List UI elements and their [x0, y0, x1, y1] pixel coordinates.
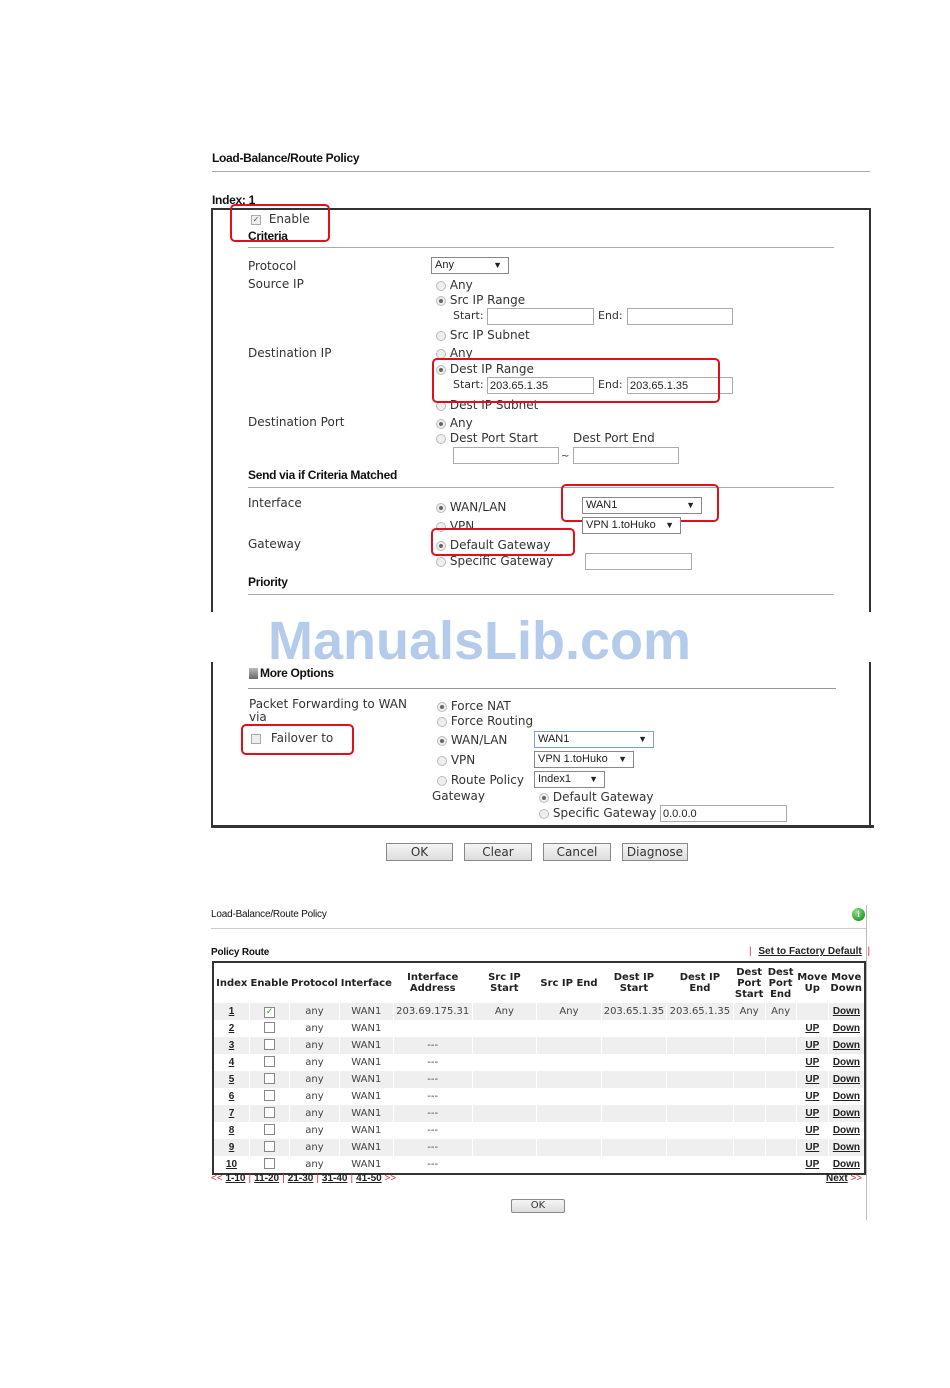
row-index-link[interactable]: 1: [229, 1006, 235, 1017]
route-policy-value: Index1: [538, 773, 571, 785]
page-link-31-40[interactable]: 31-40: [322, 1173, 348, 1184]
src-subnet-option[interactable]: Src IP Subnet: [436, 328, 530, 342]
move-down-link[interactable]: Down: [833, 1074, 860, 1085]
radio-icon[interactable]: [539, 809, 549, 819]
table-row: 10anyWAN1---UPDown: [213, 1156, 865, 1174]
row-if-addr: ---: [393, 1139, 472, 1156]
row-enable-checkbox[interactable]: [264, 1073, 275, 1084]
dropdown-arrow-icon: ▼: [493, 258, 502, 273]
row-dst-start: [601, 1122, 666, 1139]
row-dst-end: [667, 1105, 734, 1122]
list-title-divider: [211, 928, 866, 929]
fo-route-policy-option[interactable]: Route Policy: [437, 773, 524, 787]
radio-icon[interactable]: [437, 736, 447, 746]
radio-icon[interactable]: [436, 349, 446, 359]
row-index-link[interactable]: 6: [229, 1091, 235, 1102]
row-dst-end: [667, 1122, 734, 1139]
priority-heading: Priority: [248, 575, 288, 589]
clear-button[interactable]: Clear: [464, 843, 532, 861]
row-src-start: [472, 1037, 536, 1054]
highlight-dest-ip: [432, 358, 720, 403]
page-link-41-50[interactable]: 41-50: [356, 1173, 382, 1184]
row-move-up-cell: UP: [796, 1088, 828, 1105]
row-enable-checkbox[interactable]: [264, 1107, 275, 1118]
row-interface: WAN1: [339, 1037, 393, 1054]
force-routing-option[interactable]: Force Routing: [437, 714, 533, 728]
frame-bottom: [211, 825, 874, 828]
row-if-addr: 203.69.175.31: [393, 1003, 472, 1020]
priority-divider: [248, 594, 834, 595]
row-move-down-cell: Down: [828, 1105, 865, 1122]
next-area: Next >>: [826, 1173, 862, 1184]
ok-button[interactable]: OK: [386, 843, 453, 861]
row-if-addr: ---: [393, 1105, 472, 1122]
page-title: Load-Balance/Route Policy: [212, 151, 359, 165]
row-dst-start: [601, 1054, 666, 1071]
src-any-label: Any: [450, 278, 473, 292]
dropdown-arrow-icon: ▼: [665, 518, 674, 533]
row-dport-start: [733, 1105, 765, 1122]
row-index-link[interactable]: 9: [229, 1142, 235, 1153]
row-dport-end: [765, 1088, 796, 1105]
row-dport-start: [733, 1071, 765, 1088]
row-src-end: [537, 1088, 602, 1105]
src-any-option[interactable]: Any: [436, 278, 473, 292]
col-src-ip-end: Src IP End: [537, 962, 602, 1003]
src-start-input[interactable]: [487, 308, 594, 325]
row-dport-end: [765, 1156, 796, 1174]
force-nat-option[interactable]: Force NAT: [437, 699, 511, 713]
row-enable-cell: [249, 1139, 289, 1156]
col-dest-ip-start: Dest IP Start: [601, 962, 666, 1003]
row-dport-end: [765, 1105, 796, 1122]
row-protocol: any: [290, 1088, 340, 1105]
fo-vpn-label: VPN: [451, 753, 475, 767]
row-protocol: any: [290, 1139, 340, 1156]
row-index-cell: 5: [213, 1071, 249, 1088]
move-down-link[interactable]: Down: [833, 1006, 860, 1017]
row-dport-start: [733, 1020, 765, 1037]
highlight-default-gateway: [431, 528, 575, 556]
row-dst-end: 203.65.1.35: [667, 1003, 734, 1020]
failover-wan-select[interactable]: WAN1▼: [534, 731, 654, 748]
interface-label: Interface: [248, 496, 302, 510]
failover-vpn-select[interactable]: VPN 1.toHuko▼: [534, 751, 634, 768]
move-up-link[interactable]: UP: [805, 1108, 819, 1119]
move-up-link[interactable]: UP: [805, 1091, 819, 1102]
more-options-divider: [248, 688, 836, 689]
row-enable-checkbox[interactable]: [264, 1124, 275, 1135]
row-protocol: any: [290, 1156, 340, 1174]
protocol-value: Any: [435, 259, 454, 271]
radio-icon[interactable]: [436, 557, 446, 567]
highlight-enable: [230, 204, 330, 242]
page-link-11-20[interactable]: 11-20: [254, 1173, 279, 1184]
row-protocol: any: [290, 1020, 340, 1037]
page-link-1-10[interactable]: 1-10: [225, 1173, 245, 1184]
col-dest-port-end: Dest Port End: [765, 962, 796, 1003]
src-end-input[interactable]: [627, 308, 733, 325]
gateway-label: Gateway: [248, 537, 301, 551]
row-enable-checkbox[interactable]: [264, 1158, 275, 1169]
fo-gw-default-option[interactable]: Default Gateway: [539, 790, 654, 804]
row-protocol: any: [290, 1003, 340, 1020]
row-interface: WAN1: [339, 1071, 393, 1088]
row-protocol: any: [290, 1054, 340, 1071]
send-via-heading: Send via if Criteria Matched: [248, 468, 397, 482]
policy-route-heading: Policy Route: [211, 947, 269, 958]
fo-wanlan-option[interactable]: WAN/LAN: [437, 733, 507, 747]
radio-icon[interactable]: [436, 434, 446, 444]
row-index-cell: 10: [213, 1156, 249, 1174]
row-index-link[interactable]: 8: [229, 1125, 235, 1136]
row-dst-end: [667, 1088, 734, 1105]
first-page-arrow[interactable]: <<: [211, 1173, 223, 1184]
move-up-link[interactable]: UP: [805, 1125, 819, 1136]
gw-specific-label: Specific Gateway: [450, 554, 554, 568]
next-arrow[interactable]: >>: [850, 1173, 862, 1184]
packet-forwarding-label: Packet Forwarding to WAN via: [249, 698, 424, 724]
row-protocol: any: [290, 1122, 340, 1139]
row-move-up-cell: UP: [796, 1020, 828, 1037]
radio-icon[interactable]: [436, 503, 446, 513]
fo-gw-specific-option[interactable]: Specific Gateway: [539, 806, 656, 820]
radio-icon[interactable]: [437, 717, 447, 727]
row-src-end: [537, 1139, 602, 1156]
row-interface: WAN1: [339, 1003, 393, 1020]
table-row: 6anyWAN1---UPDown: [213, 1088, 865, 1105]
row-dst-start: [601, 1071, 666, 1088]
row-src-start: Any: [472, 1003, 536, 1020]
row-index-link[interactable]: 4: [229, 1057, 235, 1068]
dropdown-arrow-icon: ▼: [589, 772, 598, 787]
row-protocol: any: [290, 1037, 340, 1054]
tilde-separator: ~: [561, 451, 569, 462]
protocol-label: Protocol: [248, 259, 296, 273]
row-move-up-cell: UP: [796, 1139, 828, 1156]
radio-icon[interactable]: [437, 776, 447, 786]
criteria-divider: [248, 247, 834, 248]
row-move-up-cell: UP: [796, 1156, 828, 1174]
src-range-option[interactable]: Src IP Range: [436, 293, 525, 307]
row-index-link[interactable]: 3: [229, 1040, 235, 1051]
iface-wanlan-option[interactable]: WAN/LAN: [436, 500, 506, 514]
table-row: 1✓anyWAN1203.69.175.31AnyAny203.65.1.352…: [213, 1003, 865, 1020]
row-move-up-cell: UP: [796, 1037, 828, 1054]
table-row: 5anyWAN1---UPDown: [213, 1071, 865, 1088]
row-index-cell: 6: [213, 1088, 249, 1105]
row-interface: WAN1: [339, 1088, 393, 1105]
row-move-down-cell: Down: [828, 1003, 865, 1020]
move-down-link[interactable]: Down: [833, 1091, 860, 1102]
row-interface: WAN1: [339, 1054, 393, 1071]
row-move-down-cell: Down: [828, 1020, 865, 1037]
move-up-link[interactable]: UP: [805, 1040, 819, 1051]
row-move-up-cell: UP: [796, 1105, 828, 1122]
row-index-cell: 4: [213, 1054, 249, 1071]
row-if-addr: ---: [393, 1088, 472, 1105]
collapse-icon[interactable]: [249, 668, 258, 679]
row-enable-cell: [249, 1156, 289, 1174]
row-dport-start: [733, 1122, 765, 1139]
row-if-addr: ---: [393, 1037, 472, 1054]
row-move-down-cell: Down: [828, 1037, 865, 1054]
policy-route-table: Index Enable Protocol Interface Interfac…: [212, 961, 866, 1175]
move-down-link[interactable]: Down: [833, 1125, 860, 1136]
row-enable-checkbox[interactable]: [264, 1039, 275, 1050]
row-enable-checkbox[interactable]: [264, 1056, 275, 1067]
row-index-cell: 9: [213, 1139, 249, 1156]
table-row: 9anyWAN1---UPDown: [213, 1139, 865, 1156]
row-dst-end: [667, 1139, 734, 1156]
col-move-down: Move Down: [828, 962, 865, 1003]
row-index-link[interactable]: 7: [229, 1108, 235, 1119]
row-protocol: any: [290, 1105, 340, 1122]
radio-icon[interactable]: [437, 702, 447, 712]
row-dst-end: [667, 1156, 734, 1174]
row-dport-end: Any: [765, 1003, 796, 1020]
table-row: 8anyWAN1---UPDown: [213, 1122, 865, 1139]
row-dst-end: [667, 1071, 734, 1088]
failover-wan-value: WAN1: [538, 733, 569, 745]
move-up-link[interactable]: UP: [805, 1159, 819, 1170]
move-down-link[interactable]: Down: [833, 1159, 860, 1170]
move-down-link[interactable]: Down: [833, 1023, 860, 1034]
row-index-link[interactable]: 5: [229, 1074, 235, 1085]
source-ip-label: Source IP: [248, 277, 304, 291]
dest-port-label: Destination Port: [248, 415, 344, 429]
row-enable-cell: [249, 1020, 289, 1037]
row-enable-cell: [249, 1071, 289, 1088]
row-interface: WAN1: [339, 1122, 393, 1139]
move-up-link[interactable]: UP: [805, 1074, 819, 1085]
row-dport-start: [733, 1139, 765, 1156]
diagnose-button[interactable]: Diagnose: [622, 843, 688, 861]
table-row: 2anyWAN1UPDown: [213, 1020, 865, 1037]
dport-end-label: Dest Port End: [573, 431, 655, 445]
send-via-divider: [248, 487, 834, 488]
col-move-up: Move Up: [796, 962, 828, 1003]
row-enable-checkbox[interactable]: [264, 1090, 275, 1101]
fo-gw-default-label: Default Gateway: [553, 790, 654, 804]
col-dest-port-start: Dest Port Start: [733, 962, 765, 1003]
row-interface: WAN1: [339, 1139, 393, 1156]
title-divider: [212, 171, 870, 172]
row-index-cell: 8: [213, 1122, 249, 1139]
row-move-down-cell: Down: [828, 1088, 865, 1105]
src-end-label: End:: [598, 309, 623, 322]
fo-wanlan-label: WAN/LAN: [451, 733, 508, 747]
fo-gw-specific-label: Specific Gateway: [553, 806, 657, 820]
dport-start-input[interactable]: [453, 447, 559, 464]
row-dport-end: [765, 1139, 796, 1156]
row-index-link[interactable]: 2: [229, 1023, 235, 1034]
iface-wanlan-label: WAN/LAN: [450, 500, 507, 514]
row-protocol: any: [290, 1071, 340, 1088]
row-src-end: [537, 1105, 602, 1122]
row-if-addr: ---: [393, 1156, 472, 1174]
dport-start-label: Dest Port Start: [450, 431, 538, 445]
page-link-21-30[interactable]: 21-30: [288, 1173, 314, 1184]
row-index-cell: 3: [213, 1037, 249, 1054]
row-dport-end: [765, 1037, 796, 1054]
row-dport-start: Any: [733, 1003, 765, 1020]
fo-route-policy-label: Route Policy: [451, 773, 524, 787]
col-protocol: Protocol: [290, 962, 340, 1003]
row-enable-cell: [249, 1054, 289, 1071]
row-enable-cell: [249, 1105, 289, 1122]
info-icon[interactable]: i: [852, 908, 865, 921]
col-dest-ip-end: Dest IP End: [667, 962, 734, 1003]
specific-gateway-input[interactable]: [585, 553, 692, 570]
radio-icon[interactable]: [539, 793, 549, 803]
row-dport-start: [733, 1156, 765, 1174]
row-move-up-cell: [796, 1003, 828, 1020]
row-index-cell: 1: [213, 1003, 249, 1020]
table-row: 3anyWAN1---UPDown: [213, 1037, 865, 1054]
row-dst-start: [601, 1105, 666, 1122]
src-subnet-label: Src IP Subnet: [450, 328, 530, 342]
radio-icon[interactable]: [436, 296, 446, 306]
row-src-end: [537, 1020, 602, 1037]
row-src-start: [472, 1156, 536, 1174]
fo-vpn-option[interactable]: VPN: [437, 753, 475, 767]
row-dst-end: [667, 1020, 734, 1037]
table-row: 4anyWAN1---UPDown: [213, 1054, 865, 1071]
row-dst-end: [667, 1037, 734, 1054]
row-dport-start: [733, 1088, 765, 1105]
row-move-up-cell: UP: [796, 1122, 828, 1139]
row-move-up-cell: UP: [796, 1054, 828, 1071]
src-start-label: Start:: [453, 309, 484, 322]
row-dport-end: [765, 1122, 796, 1139]
row-index-link[interactable]: 10: [226, 1159, 237, 1170]
row-enable-cell: [249, 1122, 289, 1139]
row-if-addr: ---: [393, 1071, 472, 1088]
row-enable-cell: [249, 1037, 289, 1054]
more-options-toggle[interactable]: More Options: [249, 666, 334, 680]
dport-any-option[interactable]: Any: [436, 416, 473, 430]
next-page-link[interactable]: Next: [826, 1173, 848, 1184]
col-interface-address: Interface Address: [393, 962, 472, 1003]
failover-vpn-value: VPN 1.toHuko: [538, 753, 608, 765]
row-src-start: [472, 1139, 536, 1156]
watermark: ManualsLib.com: [268, 610, 691, 672]
factory-default-area: | Set to Factory Default |: [749, 946, 870, 957]
move-down-link[interactable]: Down: [833, 1040, 860, 1051]
radio-icon[interactable]: [437, 756, 447, 766]
row-src-end: [537, 1122, 602, 1139]
dropdown-arrow-icon: ▼: [638, 732, 647, 747]
cancel-button[interactable]: Cancel: [543, 843, 611, 861]
move-up-link[interactable]: UP: [805, 1142, 819, 1153]
row-enable-checkbox[interactable]: [264, 1022, 275, 1033]
table-header-row: Index Enable Protocol Interface Interfac…: [213, 962, 865, 1003]
row-interface: WAN1: [339, 1156, 393, 1174]
list-ok-button[interactable]: OK: [511, 1199, 565, 1213]
row-src-end: [537, 1071, 602, 1088]
dest-ip-label: Destination IP: [248, 346, 331, 360]
row-move-up-cell: UP: [796, 1071, 828, 1088]
row-enable-checkbox[interactable]: ✓: [264, 1007, 275, 1018]
row-move-down-cell: Down: [828, 1054, 865, 1071]
row-if-addr: ---: [393, 1054, 472, 1071]
interface-vpn-select[interactable]: VPN 1.toHuko▼: [582, 517, 681, 534]
row-if-addr: ---: [393, 1122, 472, 1139]
row-dport-end: [765, 1020, 796, 1037]
move-down-link[interactable]: Down: [833, 1142, 860, 1153]
row-src-end: [537, 1054, 602, 1071]
force-routing-label: Force Routing: [451, 714, 533, 728]
row-src-end: Any: [537, 1003, 602, 1020]
row-enable-cell: [249, 1088, 289, 1105]
row-index-cell: 7: [213, 1105, 249, 1122]
row-if-addr: [393, 1020, 472, 1037]
row-dst-start: [601, 1156, 666, 1174]
row-dst-start: [601, 1037, 666, 1054]
row-dport-start: [733, 1054, 765, 1071]
radio-icon[interactable]: [436, 281, 446, 291]
dport-end-input[interactable]: [573, 447, 679, 464]
row-dst-start: [601, 1020, 666, 1037]
row-index-cell: 2: [213, 1020, 249, 1037]
radio-icon[interactable]: [436, 331, 446, 341]
highlight-failover: [241, 724, 354, 755]
row-move-down-cell: Down: [828, 1071, 865, 1088]
failover-gateway-label: Gateway: [432, 789, 485, 803]
row-dst-end: [667, 1054, 734, 1071]
col-interface: Interface: [339, 962, 393, 1003]
row-src-end: [537, 1156, 602, 1174]
move-down-link[interactable]: Down: [833, 1108, 860, 1119]
failover-specific-gateway-input[interactable]: 0.0.0.0: [660, 805, 787, 822]
more-pages-arrow[interactable]: >>: [384, 1173, 396, 1184]
list-page-title: Load-Balance/Route Policy: [211, 909, 327, 920]
row-dport-start: [733, 1037, 765, 1054]
row-src-end: [537, 1037, 602, 1054]
more-options-label: More Options: [260, 666, 334, 680]
dropdown-arrow-icon: ▼: [618, 752, 627, 767]
table-body: 1✓anyWAN1203.69.175.31AnyAny203.65.1.352…: [213, 1003, 865, 1174]
col-enable: Enable: [249, 962, 289, 1003]
row-interface: WAN1: [339, 1020, 393, 1037]
move-down-link[interactable]: Down: [833, 1057, 860, 1068]
route-policy-select[interactable]: Index1▼: [534, 771, 605, 788]
row-src-start: [472, 1071, 536, 1088]
force-nat-label: Force NAT: [451, 699, 511, 713]
row-src-start: [472, 1054, 536, 1071]
move-up-link[interactable]: UP: [805, 1023, 819, 1034]
protocol-select[interactable]: Any▼: [431, 257, 509, 274]
row-src-start: [472, 1088, 536, 1105]
interface-vpn-value: VPN 1.toHuko: [586, 519, 656, 531]
pagination: << 1-10|11-20|21-30|31-40|41-50 >>: [211, 1173, 396, 1184]
col-index: Index: [213, 962, 249, 1003]
row-move-down-cell: Down: [828, 1156, 865, 1174]
set-factory-default-link[interactable]: Set to Factory Default: [758, 946, 861, 957]
move-up-link[interactable]: UP: [805, 1057, 819, 1068]
gw-specific-option[interactable]: Specific Gateway: [436, 554, 553, 568]
row-dport-end: [765, 1054, 796, 1071]
row-dst-start: [601, 1088, 666, 1105]
row-move-down-cell: Down: [828, 1122, 865, 1139]
row-enable-checkbox[interactable]: [264, 1141, 275, 1152]
col-src-ip-start: Src IP Start: [472, 962, 536, 1003]
dport-start-option[interactable]: Dest Port Start: [436, 431, 538, 445]
row-src-start: [472, 1122, 536, 1139]
radio-icon[interactable]: [436, 419, 446, 429]
row-enable-cell: ✓: [249, 1003, 289, 1020]
